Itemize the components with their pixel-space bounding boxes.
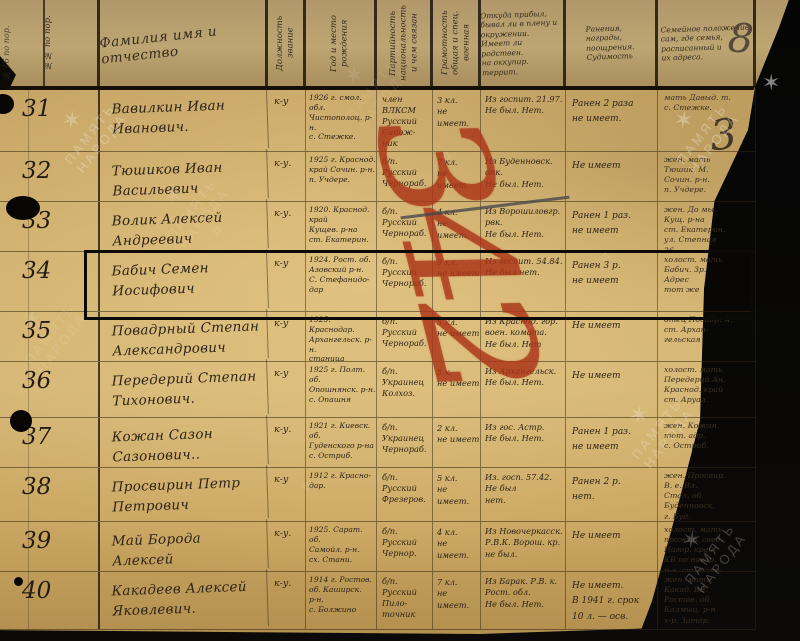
rank-cell: к-у. (268, 572, 306, 629)
origin-cell: Из. госп. 57.42. Не был нет. (481, 468, 566, 521)
row-number-cell: 36 (0, 362, 100, 417)
family-cell: мать Давыд. т. с. Стежке. (658, 90, 756, 151)
rank-cell: к-у. (268, 202, 306, 251)
table-header-row: №№ по пор. Фамилия имя и отчество Должно… (0, 0, 756, 86)
sheet-number: 8 (726, 15, 755, 63)
column-header-wounds: Ранения, награды, поощрения. Судимость (566, 0, 658, 86)
margin-note: № 16 по пор. (2, 10, 42, 80)
birth-cell: 1925 г. Полт. об. Опошнянск. р-н. с. Опа… (306, 362, 377, 417)
birth-cell: 1925. Сарат. об. Самойл. р-н. сх. Стани. (306, 522, 377, 571)
wounds-cell: Ранен 2 раза не имеет. (566, 90, 658, 151)
column-header-birth: Год и место рождения (306, 0, 377, 86)
family-cell: холост. мать прожив. свед. Нагор. край К… (658, 522, 756, 571)
rank-cell: к-у (268, 90, 306, 151)
column-header-rank: Должность звание (268, 0, 306, 86)
name-cell: Май Борода Алексей Владимир. (99, 519, 269, 574)
origin-cell: Из Новочеркасск. Р.В.К. Ворош. кр. не бы… (481, 522, 566, 571)
row-number-cell: 39 (0, 522, 100, 571)
wounds-cell: Не имеет. В 1941 г. срок 10 л. — осв. (566, 572, 658, 629)
table-row: 37 Кожан Сазон Сазонович.. к-у. 1921 г. … (0, 418, 756, 468)
party-cell: б/п. Украинец Чернораб. (377, 418, 433, 467)
record-highlight-box (84, 250, 754, 320)
rank-cell: к-у. (268, 522, 306, 571)
family-cell: жен. мать Какад. ВВ. Ростов. об. Калмыц.… (658, 572, 756, 629)
family-cell: жен. До мы. Кущ. р-на ст. Екатерин. ул. … (658, 202, 756, 251)
wounds-cell: Не имеет (566, 362, 658, 417)
handwritten-mark-3: 3 (708, 109, 740, 161)
birth-cell: 1921 г. Киевск. об. Гуденского р-на с. О… (306, 418, 377, 467)
column-header-name: Фамилия имя и отчество (100, 0, 268, 86)
hole-punch (10, 410, 32, 432)
family-cell: жен. Кожан. тот. адр. с. Остриб. (658, 418, 756, 467)
wounds-cell: Ранен 1 раз. не имеет (566, 202, 658, 251)
family-cell: холост. мать Передерий Ан. Краснод. край… (658, 362, 756, 417)
row-number-cell: 38 (0, 468, 100, 521)
education-cell: 2 кл. не имеет (433, 418, 481, 467)
row-number-cell: 31 (0, 90, 100, 151)
name-cell: Передерий Степан Тихонович. (99, 359, 269, 420)
party-cell: б/п. Русский Фрезеров. (377, 468, 433, 521)
column-header-party: Партийность национальность и чем связан (377, 0, 433, 86)
name-cell: Какадеев Алексей Яковлевич. (99, 569, 269, 632)
table-row: 36 Передерий Степан Тихонович. к-у 1925 … (0, 362, 756, 418)
hole-punch (14, 577, 23, 586)
rank-cell: к-у. (268, 152, 306, 201)
party-cell: б/п. Русский Пило- точник (377, 572, 433, 629)
name-cell: Просвирин Петр Петрович (99, 465, 269, 524)
document-scan: №№ по пор. Фамилия имя и отчество Должно… (0, 0, 800, 641)
table-row: 38 Просвирин Петр Петрович к-у 1912 г. К… (0, 468, 756, 522)
party-cell: б/п. Русский Чернор. (377, 522, 433, 571)
rank-cell: к-у (268, 362, 306, 417)
birth-cell: 1914 г. Ростов. об. Каширск. р-н. с. Бол… (306, 572, 377, 629)
education-cell: 4 кл. не имеет. (433, 522, 481, 571)
origin-cell: Из гос. Астр. Не был. Нет. (481, 418, 566, 467)
wounds-cell: Не имеет (566, 152, 658, 201)
column-header-origin: Откуда прибыл, бывал ли в плену и окруже… (481, 0, 566, 86)
rank-cell: к-у (268, 468, 306, 521)
table-row: 40 Какадеев Алексей Яковлевич. к-у. 1914… (0, 572, 756, 630)
rank-cell: к-у. (268, 418, 306, 467)
star-icon: ✶ (762, 70, 780, 96)
education-cell: 5 кл. не имеет. (433, 468, 481, 521)
row-number-cell: 32 (0, 152, 100, 201)
family-cell: жен. Просвир. В. е. Вл. Стал. об. Буденн… (658, 468, 756, 521)
name-cell: Кожан Сазон Сазонович.. (99, 415, 269, 470)
origin-cell: Из Барак. Р.В. к. Рост. обл. Не был. Нет… (481, 572, 566, 629)
name-cell: Волик Алексей Андреевич (99, 199, 269, 254)
hole-punch (6, 196, 40, 220)
table-row: 39 Май Борода Алексей Владимир. к-у. 192… (0, 522, 756, 572)
education-cell: 7 кл. не имеет. (433, 572, 481, 629)
name-cell: Тюшиков Иван Васильевич (99, 149, 269, 204)
wounds-cell: Ранен 2 р. нет. (566, 468, 658, 521)
family-cell: жен. мать Тюшик. М. Сочин. р-н. п. Учдер… (658, 152, 756, 201)
birth-cell: 1912 г. Красно- дар. (306, 468, 377, 521)
name-cell: Вавилкин Иван Иванович. (99, 87, 269, 154)
wounds-cell: Не имеет (566, 522, 658, 571)
wounds-cell: Ранен 1 раз. не имеет (566, 418, 658, 467)
column-header-literacy: Грамотность общая и спец. военная (433, 0, 481, 86)
